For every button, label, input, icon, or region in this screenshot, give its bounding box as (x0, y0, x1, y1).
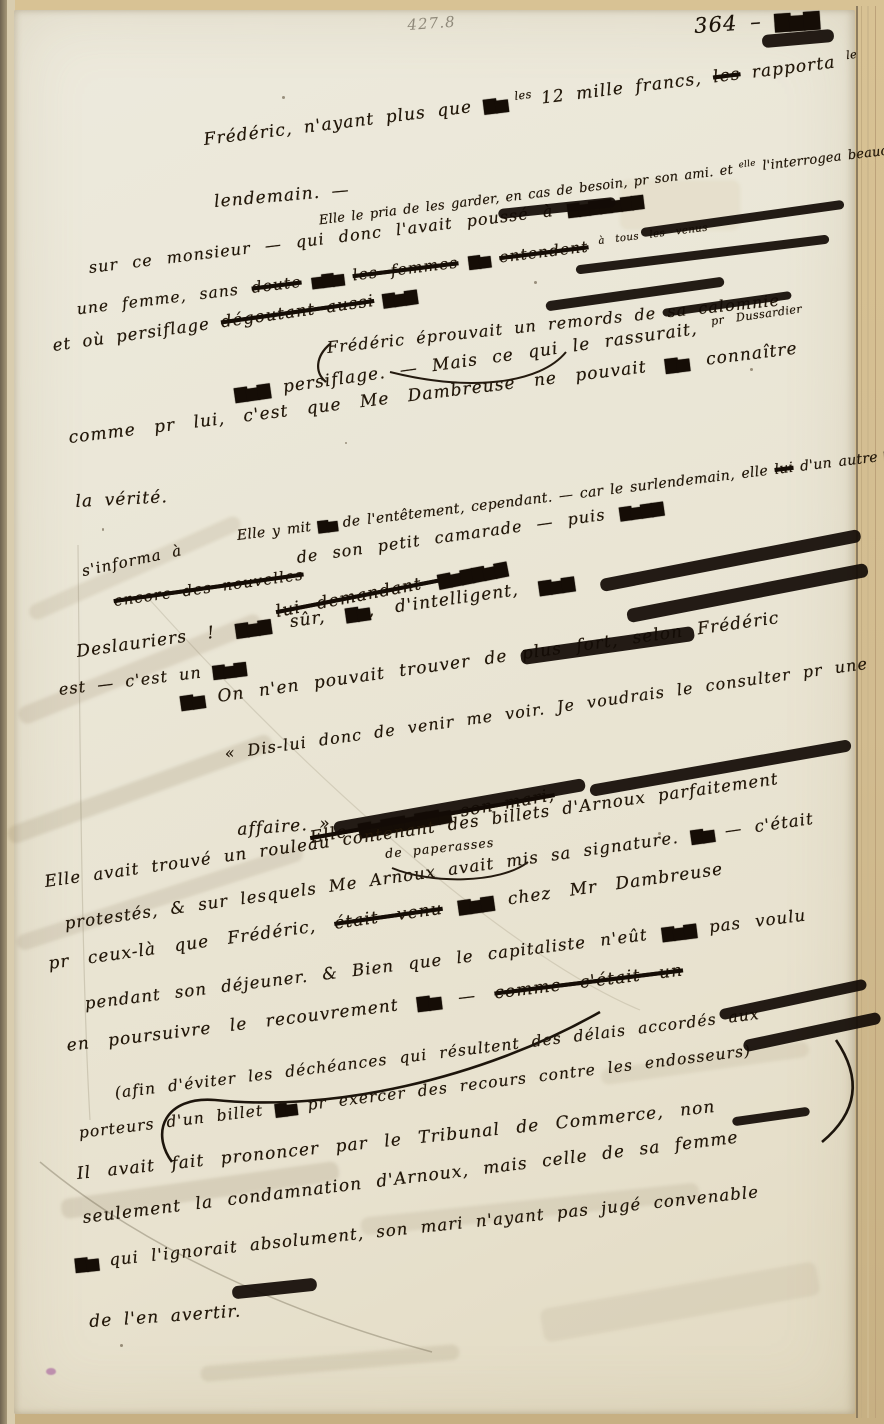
text-segment: les (505, 87, 541, 104)
page-edge-line (867, 6, 869, 1418)
ink-blot: ▆▅ (664, 352, 689, 375)
ink-speck (102, 528, 104, 531)
manuscript-scan: 427.8 364 – ▆▅▆ Frédéric, n'ayant plus q… (0, 0, 884, 1424)
ink-speck (534, 281, 537, 284)
ink-speck (750, 368, 753, 371)
ink-fleck (46, 1368, 56, 1375)
text-segment: lui (774, 460, 795, 478)
pencil-folio-number: 427.8 (407, 13, 457, 34)
page-edge-line (875, 6, 876, 1418)
ink-blot: ▆▅ (416, 990, 441, 1013)
ink-blot: ▆▅▆ (661, 919, 696, 942)
ink-speck (282, 96, 285, 99)
ink-speck (658, 832, 661, 835)
ink-blot: ▆▅ (482, 93, 507, 116)
page-edge-line (861, 6, 862, 1418)
text-segment: le (845, 48, 858, 62)
ink-blot: ▆▅ (74, 1252, 98, 1273)
ink-blot: ▆▅▆ (212, 657, 246, 680)
ink-blot: ▆▅ (179, 689, 205, 712)
page-edge-line (856, 6, 858, 1418)
ink-blot: ▆▅▆ (774, 5, 819, 32)
ink-blot: ▆▅ (274, 1098, 297, 1118)
ink-blot: ▆▅ (344, 601, 370, 624)
text-segment: les (712, 64, 742, 87)
text-segment: elle (738, 158, 756, 170)
ink-blot: ▆▅ (317, 516, 337, 534)
ink-speck (120, 1344, 123, 1347)
ink-speck (345, 442, 347, 444)
book-gutter (0, 0, 7, 1424)
ink-blot: ▆▅ (689, 823, 714, 845)
